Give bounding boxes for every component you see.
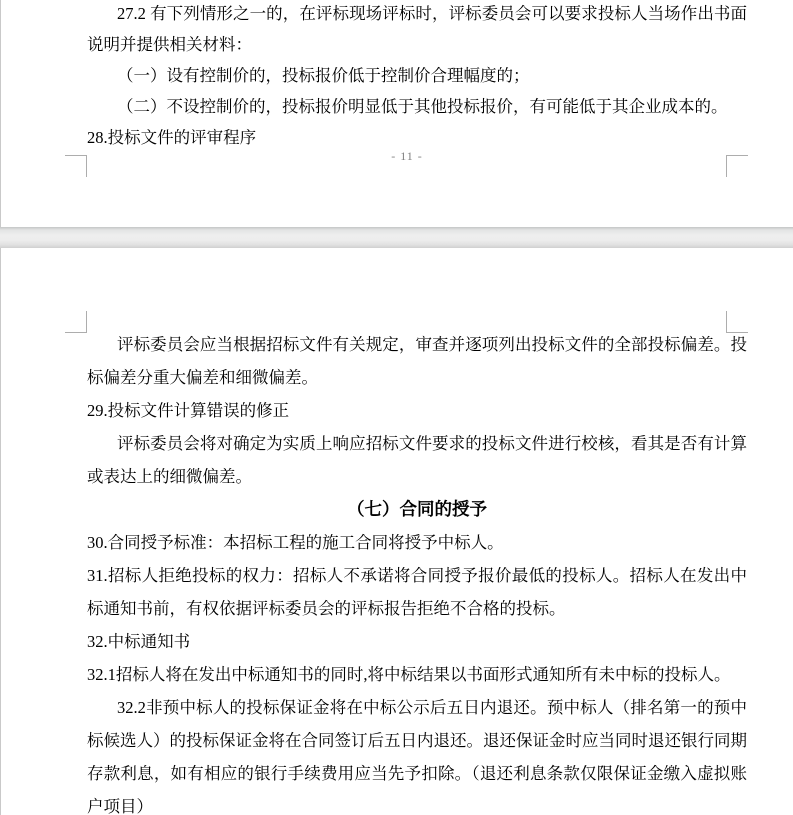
paragraph: 31.招标人拒绝投标的权力：招标人不承诺将合同授予报价最低的投标人。招标人在发出… bbox=[87, 559, 747, 625]
text-boundary-mark-bottom-left bbox=[65, 155, 87, 177]
paragraph: （一）设有控制价的，投标报价低于控制价合理幅度的； bbox=[87, 60, 747, 91]
document-view: 27.2 有下列情形之一的，在评标现场评标时，评标委员会可以要求投标人当场作出书… bbox=[0, 0, 793, 815]
paragraph: 32.1招标人将在发出中标通知书的同时,将中标结果以书面形式通知所有未中标的投标… bbox=[87, 658, 747, 691]
paragraph: 32.2非预中标人的投标保证金将在中标公示后五日内退还。预中标人（排名第一的预中… bbox=[87, 691, 747, 815]
page-number: - 11 - bbox=[87, 149, 727, 164]
text-boundary-mark-top-left bbox=[65, 311, 87, 333]
section-heading: （七）合同的授予 bbox=[87, 493, 747, 526]
paragraph: 评标委员会应当根据招标文件有关规定，审查并逐项列出投标文件的全部投标偏差。投标偏… bbox=[87, 328, 747, 394]
paragraph: 27.2 有下列情形之一的，在评标现场评标时，评标委员会可以要求投标人当场作出书… bbox=[87, 0, 747, 60]
page-12: 评标委员会应当根据招标文件有关规定，审查并逐项列出投标文件的全部投标偏差。投标偏… bbox=[0, 248, 793, 815]
paragraph: （二）不设控制价的，投标报价明显低于其他投标报价，有可能低于其企业成本的。 bbox=[87, 91, 747, 122]
page-11-body: 27.2 有下列情形之一的，在评标现场评标时，评标委员会可以要求投标人当场作出书… bbox=[87, 0, 747, 153]
paragraph: 30.合同授予标准：本招标工程的施工合同将授予中标人。 bbox=[87, 526, 747, 559]
paragraph: 评标委员会将对确定为实质上响应招标文件要求的投标文件进行校核，看其是否有计算或表… bbox=[87, 427, 747, 493]
page-11: 27.2 有下列情形之一的，在评标现场评标时，评标委员会可以要求投标人当场作出书… bbox=[0, 0, 793, 227]
page-gap bbox=[0, 227, 793, 248]
paragraph: 32.中标通知书 bbox=[87, 625, 747, 658]
paragraph: 29.投标文件计算错误的修正 bbox=[87, 394, 747, 427]
page-12-body: 评标委员会应当根据招标文件有关规定，审查并逐项列出投标文件的全部投标偏差。投标偏… bbox=[87, 328, 747, 815]
text-boundary-mark-bottom-right bbox=[726, 155, 748, 177]
